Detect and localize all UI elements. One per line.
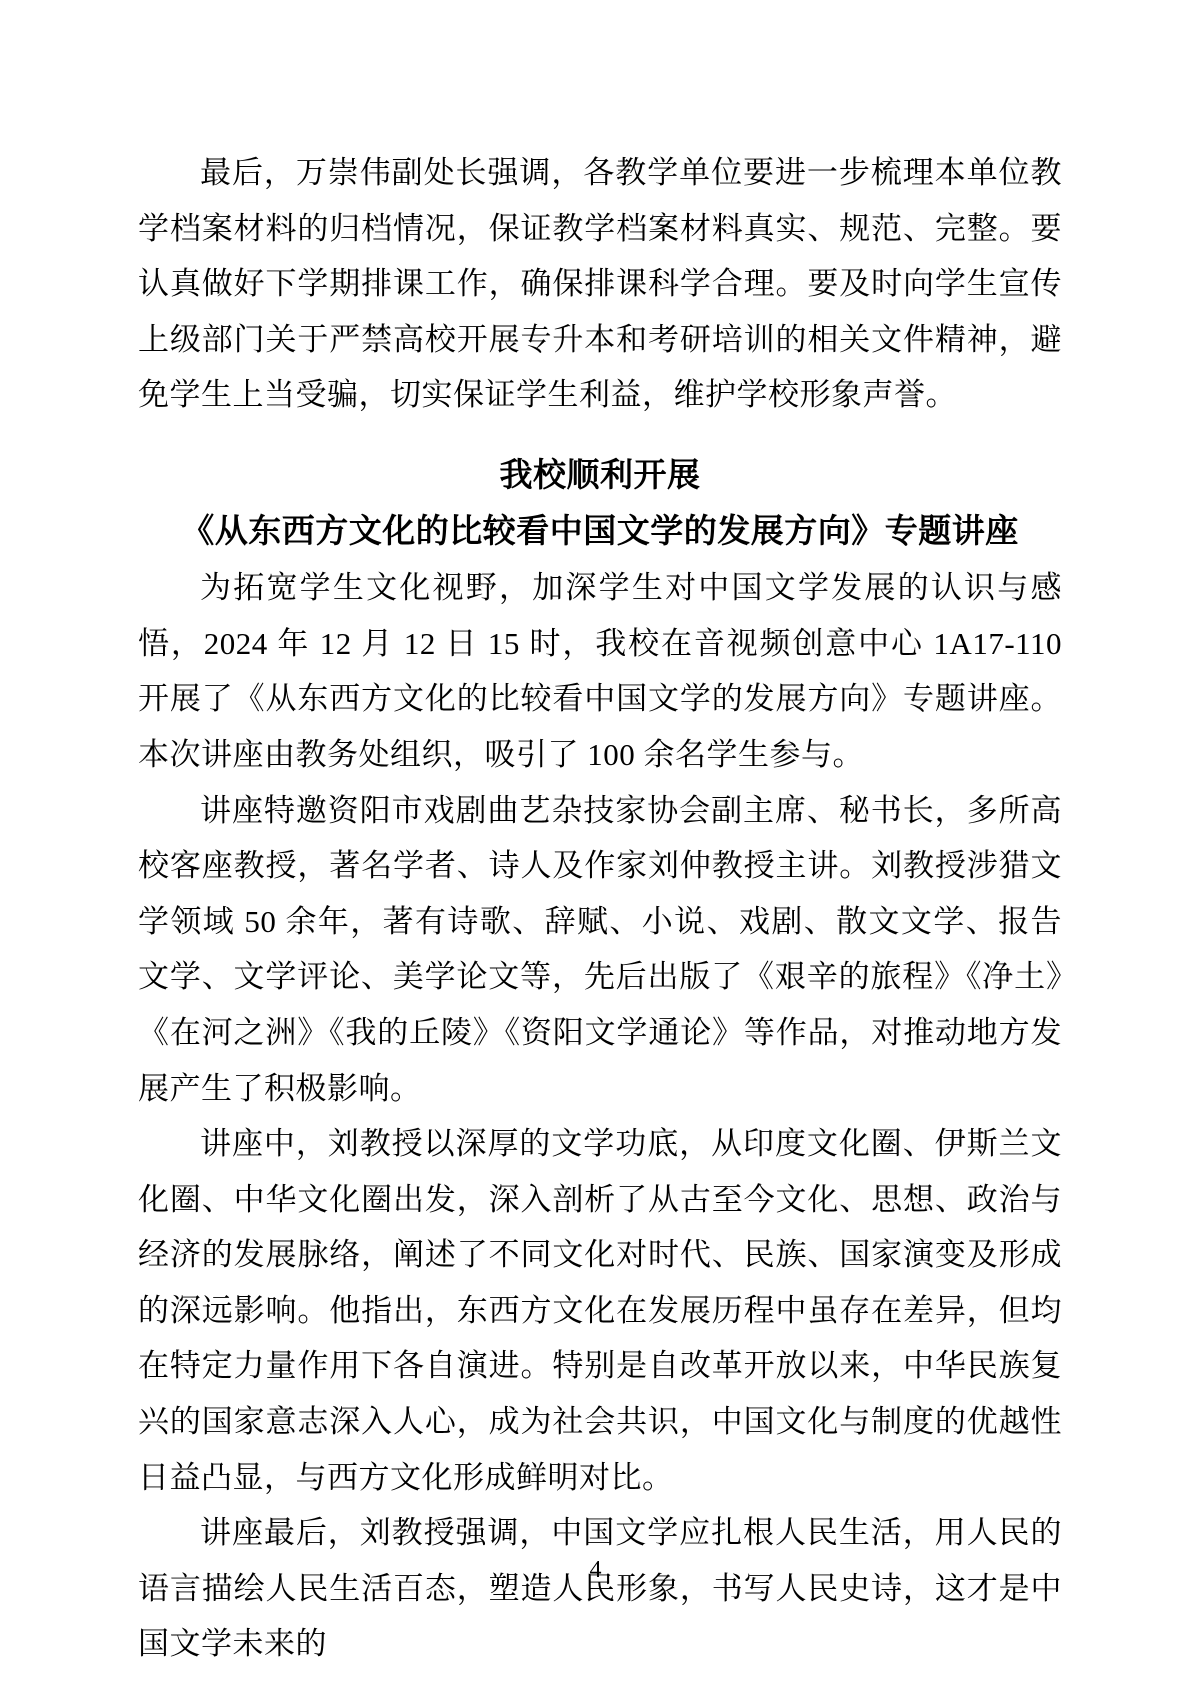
document-body: 最后，万崇伟副处长强调，各教学单位要进一步梳理本单位教学档案材料的归档情况，保证…: [138, 145, 1062, 1672]
paragraph-lecture-intro: 为拓宽学生文化视野，加深学生对中国文学发展的认识与感悟，2024 年 12 月 …: [138, 560, 1062, 782]
paragraph-speaker-profile: 讲座特邀资阳市戏剧曲艺杂技家协会副主席、秘书长，多所高校客座教授，著名学者、诗人…: [138, 783, 1062, 1117]
article-title: 我校顺利开展 《从东西方文化的比较看中国文学的发展方向》专题讲座: [138, 449, 1062, 560]
page-number: 4: [590, 1557, 602, 1583]
document-page: 最后，万崇伟副处长强调，各教学单位要进一步梳理本单位教学档案材料的归档情况，保证…: [0, 0, 1191, 1684]
article-title-line-1: 我校顺利开展: [138, 449, 1062, 505]
paragraph-lecture-conclusion: 讲座最后，刘教授强调，中国文学应扎根人民生活，用人民的语言描绘人民生活百态，塑造…: [138, 1505, 1062, 1672]
article-title-line-2: 《从东西方文化的比较看中国文学的发展方向》专题讲座: [138, 505, 1062, 561]
page-footer: 4: [0, 1556, 1191, 1585]
paragraph-closing-remarks: 最后，万崇伟副处长强调，各教学单位要进一步梳理本单位教学档案材料的归档情况，保证…: [138, 145, 1062, 423]
paragraph-lecture-content: 讲座中，刘教授以深厚的文学功底，从印度文化圈、伊斯兰文化圈、中华文化圈出发，深入…: [138, 1116, 1062, 1505]
